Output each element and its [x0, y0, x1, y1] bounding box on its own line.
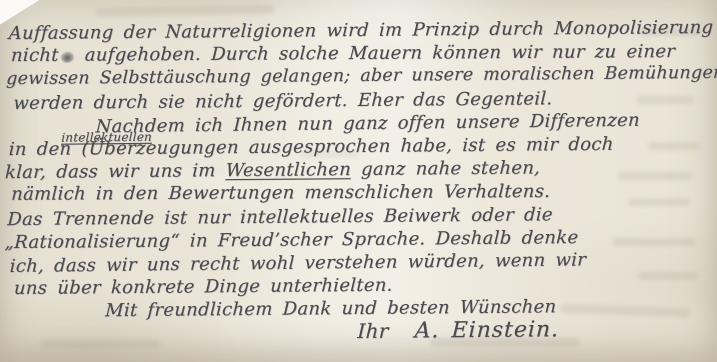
letter-body: Auffassung der Naturreligionen wird im P… — [0, 0, 717, 347]
letter-text: werden durch sie nicht gefördert. Eher d… — [13, 88, 553, 114]
signature: A. Einstein. — [414, 318, 560, 344]
letter-text: gewissen Selbsttäuschung gelangen; aber … — [6, 63, 717, 89]
letter-text: uns über konkrete Dinge unterhielten. — [14, 275, 394, 299]
signature-prefix: Ihr — [357, 319, 389, 343]
letter-text: klar, dass wir uns im — [5, 160, 227, 183]
letter-scan-page: Auffassung der Naturreligionen wird im P… — [0, 0, 717, 362]
inserted-word: intellektuellen — [61, 126, 153, 150]
signature-line: IhrA. Einstein. — [357, 317, 717, 343]
underlined-word: Wesentlichen — [225, 159, 351, 181]
letter-text: ganz nahe stehen, — [351, 158, 541, 181]
letter-text: nicht — [11, 45, 60, 66]
letter-text: nämlich in den Bewertungen menschlichen … — [11, 181, 551, 205]
letter-text: Das Trennende ist nur intellektuelles Be… — [7, 204, 553, 230]
ink-blot — [60, 52, 74, 63]
